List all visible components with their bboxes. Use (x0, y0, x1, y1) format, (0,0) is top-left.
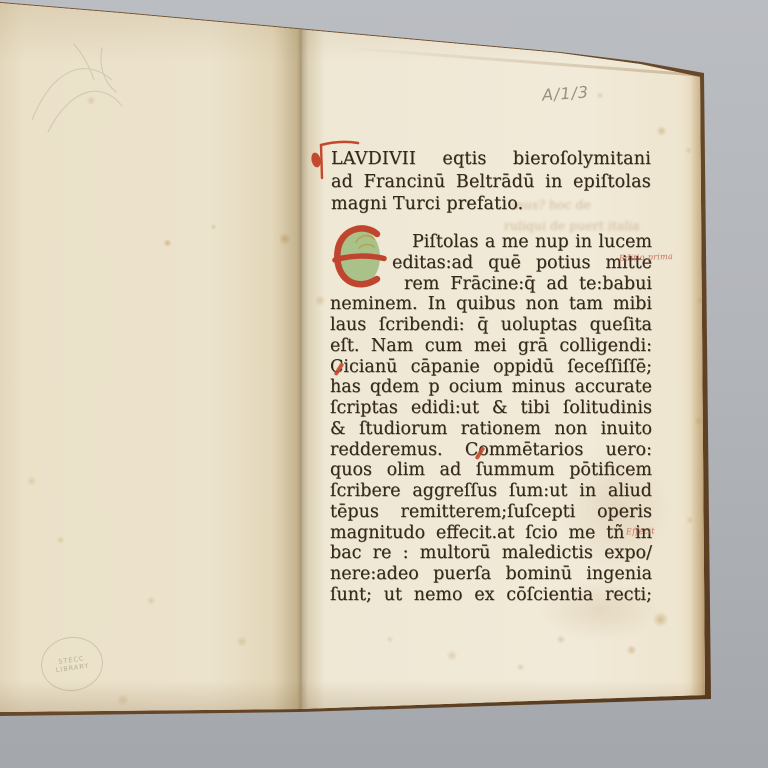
shelfmark-annotation: A/1/3 (541, 82, 589, 104)
margin-note-editio-prima: Editio prima (619, 252, 673, 263)
text-line: magnitudo effecit.at ſcio me tñ in (330, 523, 652, 544)
text-line: Piſtolas a me nup in lucem (412, 232, 652, 253)
text-line: tēpus remitterem;ſuſcepti operis (330, 502, 652, 523)
text-line: has qdem p ocium minus accurate (330, 377, 652, 398)
text-line: editas:ad quē potius mitte (392, 253, 652, 274)
show-through-text: ruliqui de puert italia (503, 218, 640, 233)
text-line: neminem. In quibus non tam mibi (330, 294, 652, 315)
text-line: ſunt; ut nemo ex cōſcientia recti; (330, 585, 652, 606)
text-line: ſcribere aggreſſus ſum:ut in aliud (330, 481, 652, 502)
page-surface: STECC LIBRARY mus? hoc de ruliqui de pue… (0, 0, 768, 768)
preface-heading: LAVDIVII eqtis bieroſolymitani ad Franci… (331, 148, 651, 216)
text-line: laus ſcribendi: q̄ uoluptas queſita (330, 315, 652, 336)
text-line: nere:adeo puerſa bominū ingenia (330, 564, 652, 585)
gutter-shadow (272, 0, 324, 768)
text-line: Cicianū cāpanie oppidū ſeceſſiſſē; (330, 357, 652, 378)
margin-note-effecit: Effecit (626, 526, 655, 536)
heading-line: ad Francinū Beltrādū in epiſtolas (331, 171, 651, 194)
text-line: ſcriptas edidi:ut & tibi ſolitudinis (330, 398, 652, 419)
text-line: bac re : multorū maledictis expo/ (330, 543, 652, 564)
text-line: rem Frācine:q̄ ad te:babui (404, 274, 652, 295)
text-line: redderemus. Commētarios uero: (330, 440, 652, 461)
text-line: & ſtudiorum rationem non inuito (330, 419, 652, 440)
photo-of-incunable-book: STECC LIBRARY mus? hoc de ruliqui de pue… (0, 0, 768, 768)
pencil-scribble-marks (18, 28, 158, 158)
heading-line: magni Turci prefatio. (331, 193, 651, 216)
text-line: quos olim ad ſummum pōtificem (330, 460, 652, 481)
text-line: eſt. Nam cum mei grā colligendi: (330, 336, 652, 357)
heading-line: LAVDIVII eqtis bieroſolymitani (331, 148, 651, 171)
body-text: Piſtolas a me nup in lucem editas:ad quē… (330, 232, 652, 606)
